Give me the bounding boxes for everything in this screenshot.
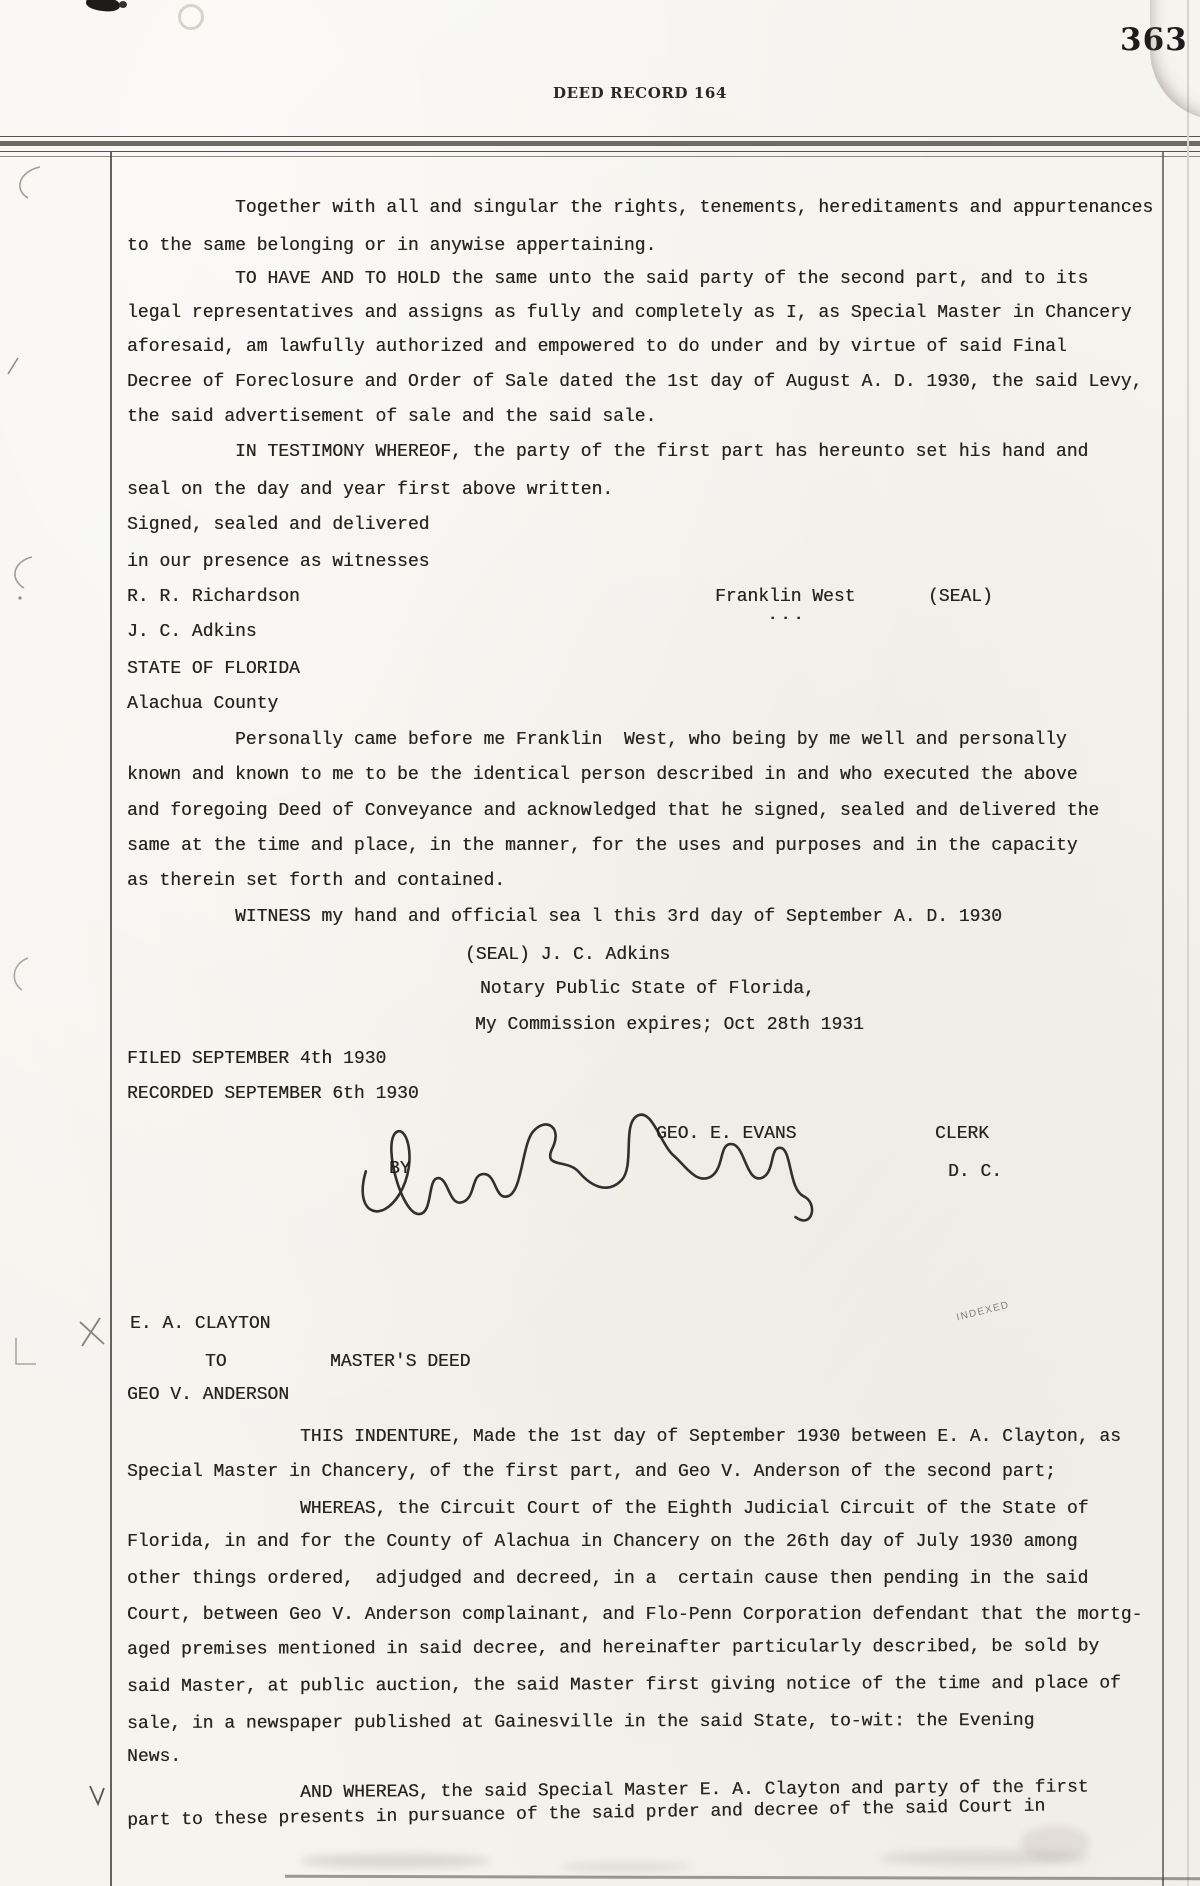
smudge-2 bbox=[560, 1862, 690, 1872]
smudge-4 bbox=[1020, 1826, 1090, 1860]
smudge-1 bbox=[300, 1854, 490, 1868]
deed-record-page: 363 DEED RECORD 164 Together with all an… bbox=[0, 0, 1200, 1886]
pencil-margin-marks bbox=[0, 0, 1200, 1886]
